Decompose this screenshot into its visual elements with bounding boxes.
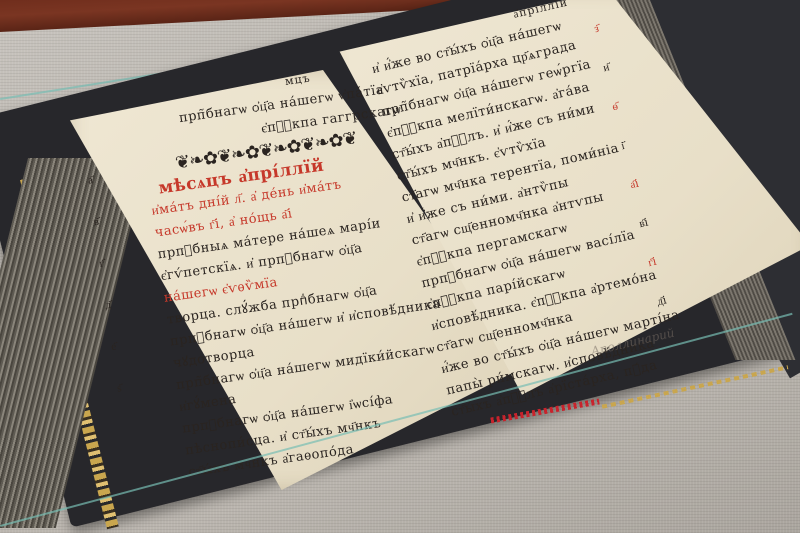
- photo-scene: мцъ прп̃бнагѡ ѻ҆ц҃а на́шегѡ ѵ҆па́тїа є҆п…: [0, 0, 800, 533]
